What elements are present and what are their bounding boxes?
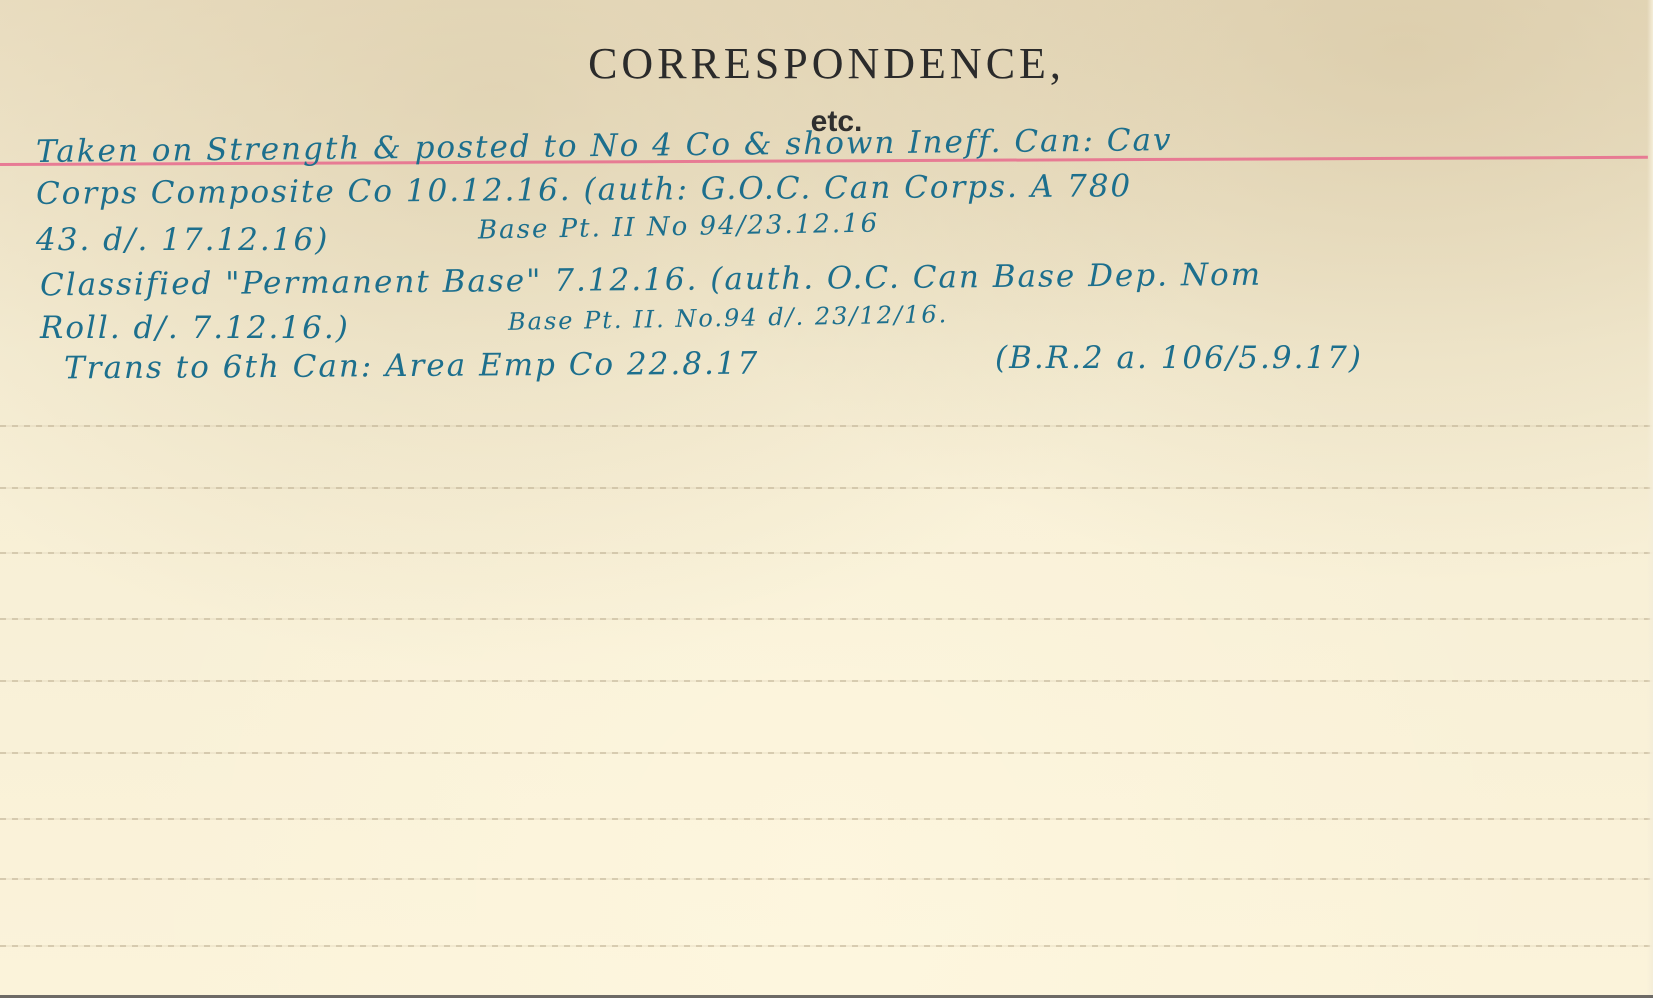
ruled-line xyxy=(0,618,1653,620)
entry-2-line-2: Roll. d/. 7.12.16.) xyxy=(40,310,350,346)
entry-1-line-2: Corps Composite Co 10.12.16. (auth: G.O.… xyxy=(36,168,1132,212)
entry-2-reference: Base Pt. II. No.94 d/. 23/12/16. xyxy=(508,300,949,336)
ruled-line xyxy=(0,752,1653,754)
entry-1-line-3: 43. d/. 17.12.16) xyxy=(36,222,329,258)
ruled-line xyxy=(0,945,1653,947)
ruled-line xyxy=(0,487,1653,489)
entry-2-line-1: Classified "Permanent Base" 7.12.16. (au… xyxy=(40,257,1262,304)
correspondence-card: CORRESPONDENCE, etc. Taken on Strength &… xyxy=(0,0,1653,998)
entry-3-reference: (B.R.2 a. 106/5.9.17) xyxy=(995,340,1363,376)
ruled-line xyxy=(0,878,1653,880)
ruled-line xyxy=(0,552,1653,554)
ruled-line xyxy=(0,425,1653,427)
ruled-line xyxy=(0,818,1653,820)
entry-3-line-1: Trans to 6th Can: Area Emp Co 22.8.17 xyxy=(64,346,760,387)
ruled-line xyxy=(0,680,1653,682)
card-heading: CORRESPONDENCE, xyxy=(0,38,1653,89)
entry-1-reference: Base Pt. II No 94/23.12.16 xyxy=(478,209,880,246)
